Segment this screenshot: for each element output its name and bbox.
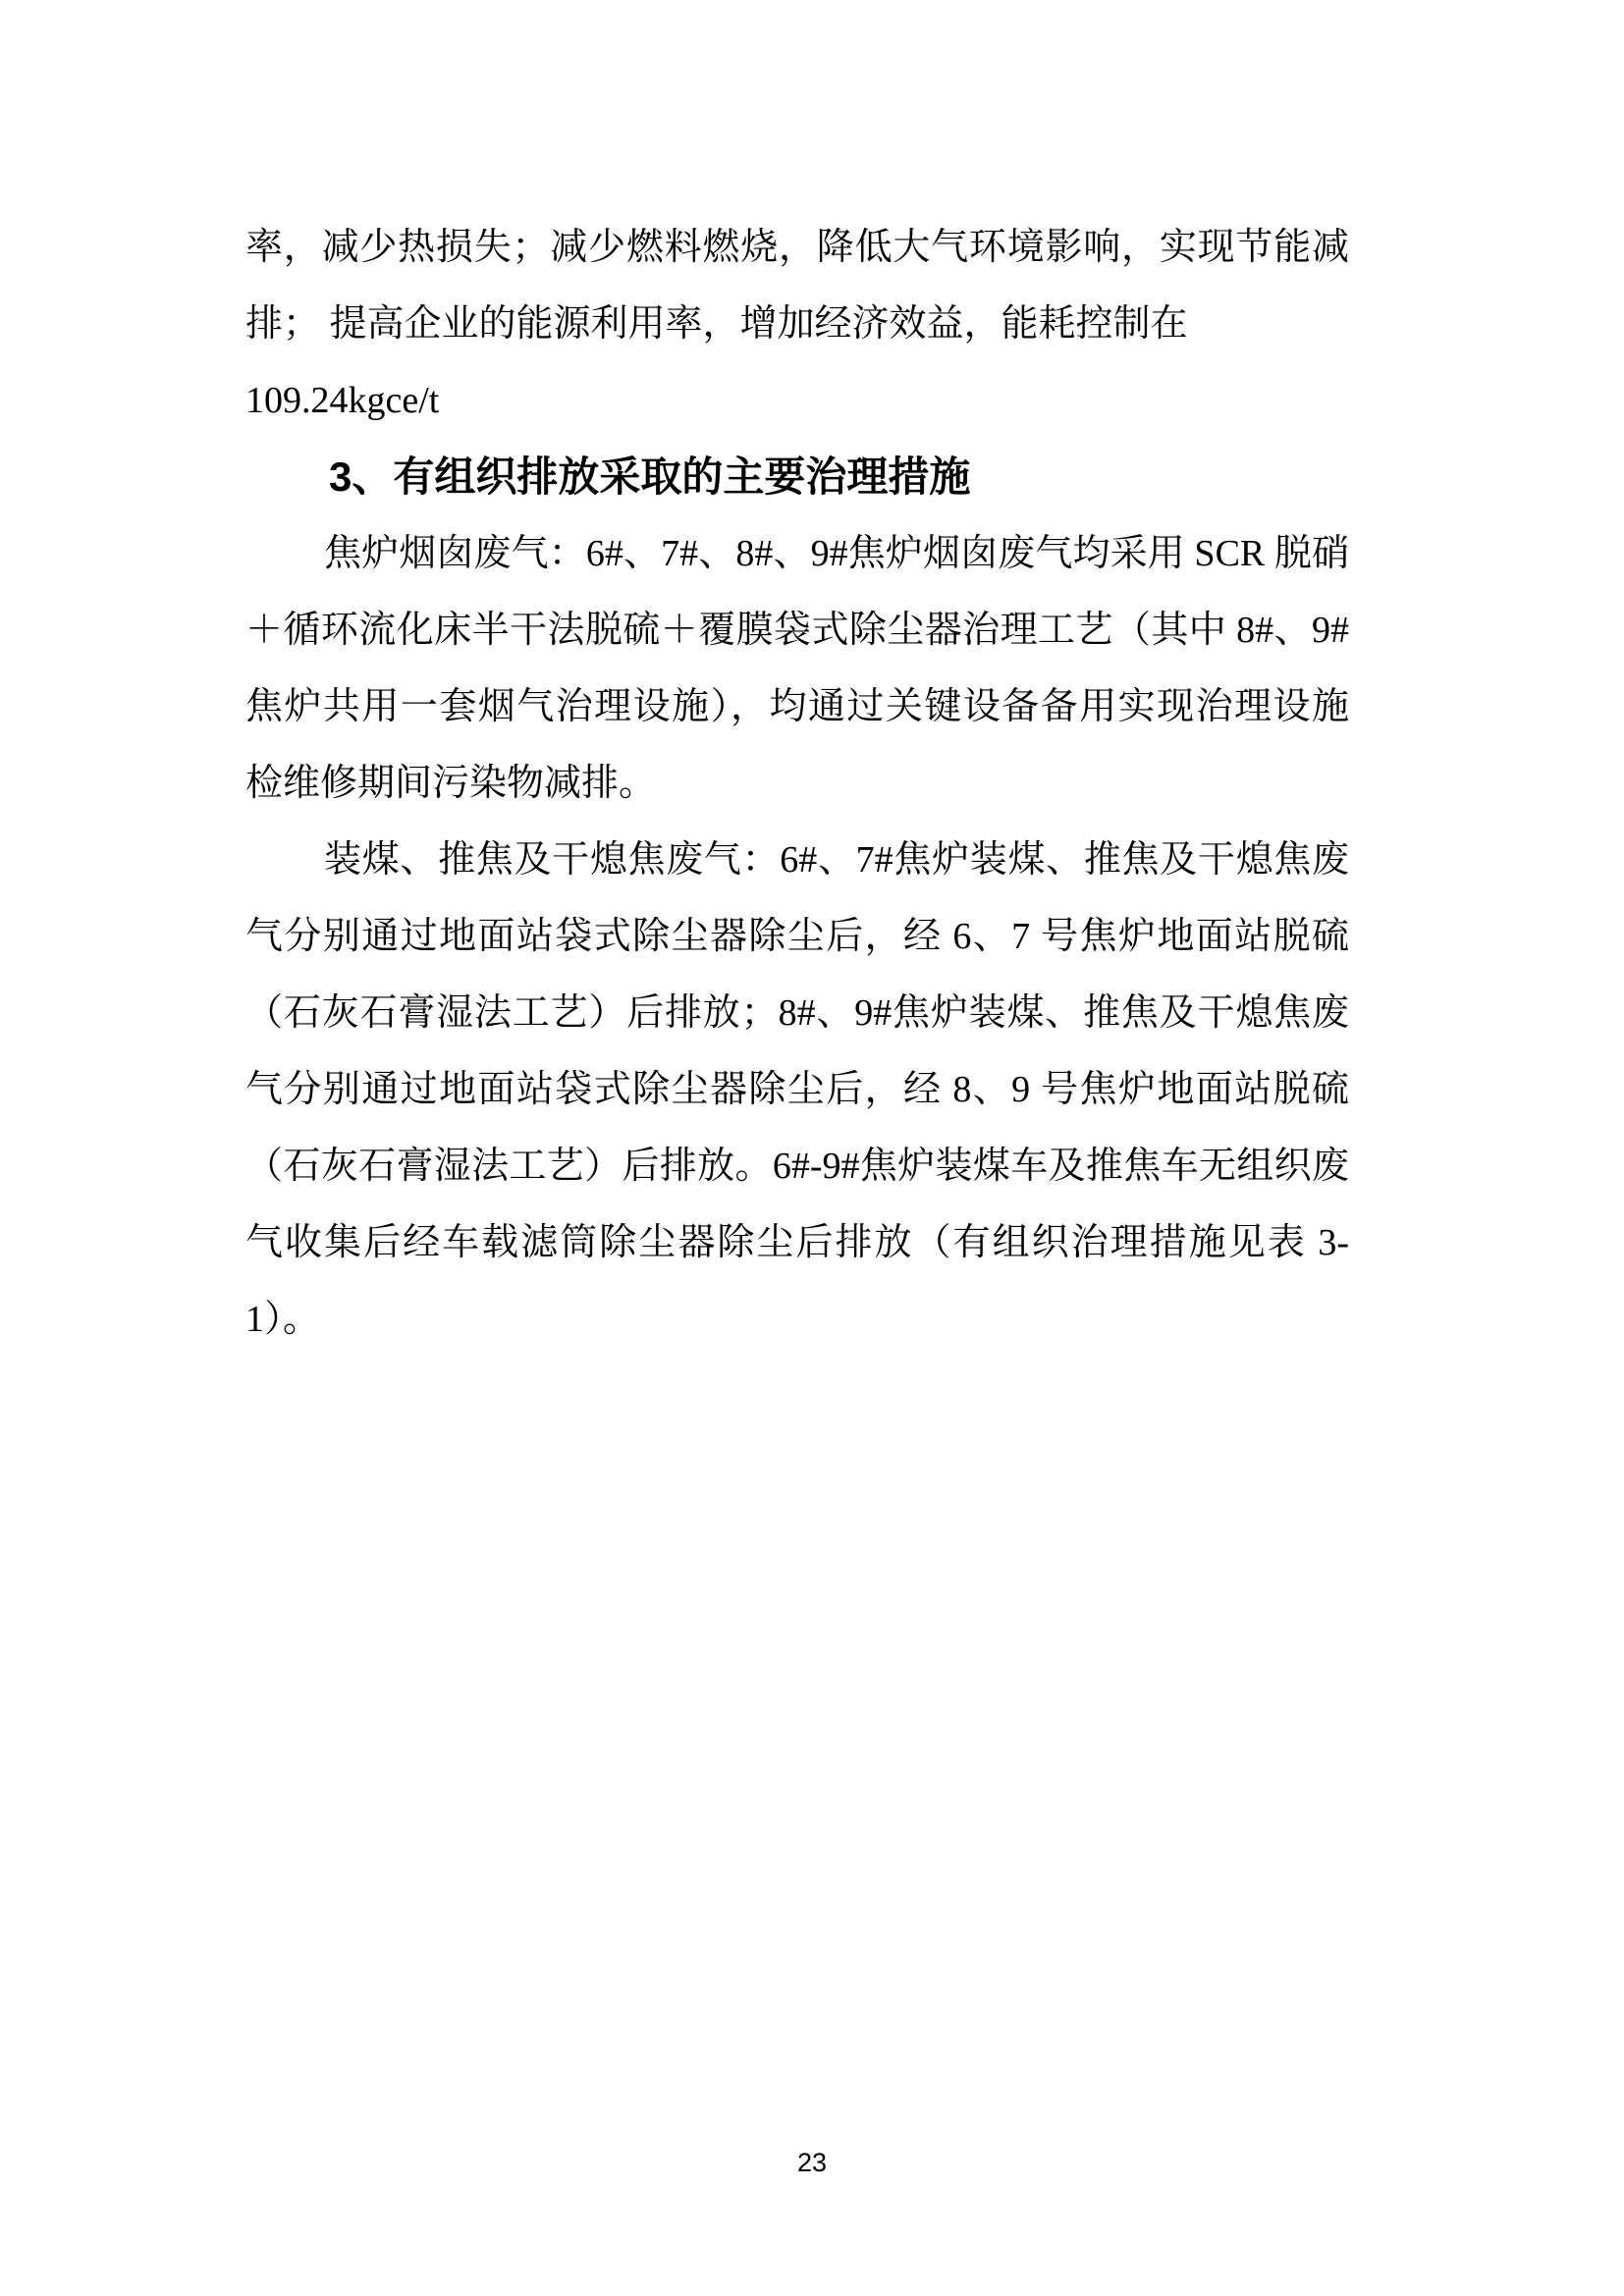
body-line-13: 气收集后经车载滤筒除尘器除尘后排放（有组织治理措施见表 3-: [245, 1204, 1349, 1281]
page-number: 23: [0, 2148, 1624, 2178]
body-line-11: 气分别通过地面站袋式除尘器除尘后，经 8、9 号焦炉地面站脱硫: [245, 1051, 1349, 1128]
body-line-14: 1）。: [245, 1281, 1349, 1358]
document-body: 率，减少热损失；减少燃料燃烧，降低大气环境影响，实现节能减 排； 提高企业的能源…: [245, 209, 1349, 1358]
body-line-12: （石灰石膏湿法工艺）后排放。6#-9#焦炉装煤车及推焦车无组织废: [245, 1128, 1349, 1204]
body-line-6: 焦炉共用一套烟气治理设施），均通过关键设备备用实现治理设施: [245, 668, 1349, 745]
body-line-7: 检维修期间污染物减排。: [245, 745, 1349, 822]
body-line-4: 焦炉烟囱废气：6#、7#、8#、9#焦炉烟囱废气均采用 SCR 脱硝: [245, 515, 1349, 592]
section-heading: 3、有组织排放采取的主要治理措施: [245, 439, 1349, 515]
body-line-2: 排； 提高企业的能源利用率，增加经济效益，能耗控制在: [245, 286, 1349, 362]
body-line-8: 装煤、推焦及干熄焦废气：6#、7#焦炉装煤、推焦及干熄焦废: [245, 822, 1349, 898]
body-line-10: （石灰石膏湿法工艺）后排放；8#、9#焦炉装煤、推焦及干熄焦废: [245, 975, 1349, 1051]
document-page: 率，减少热损失；减少燃料燃烧，降低大气环境影响，实现节能减 排； 提高企业的能源…: [0, 0, 1624, 2296]
body-line-3: 109.24kgce/t: [245, 362, 1349, 439]
body-line-5: ＋循环流化床半干法脱硫＋覆膜袋式除尘器治理工艺（其中 8#、9#: [245, 592, 1349, 668]
body-line-9: 气分别通过地面站袋式除尘器除尘后，经 6、7 号焦炉地面站脱硫: [245, 898, 1349, 975]
body-line-1: 率，减少热损失；减少燃料燃烧，降低大气环境影响，实现节能减: [245, 209, 1349, 286]
